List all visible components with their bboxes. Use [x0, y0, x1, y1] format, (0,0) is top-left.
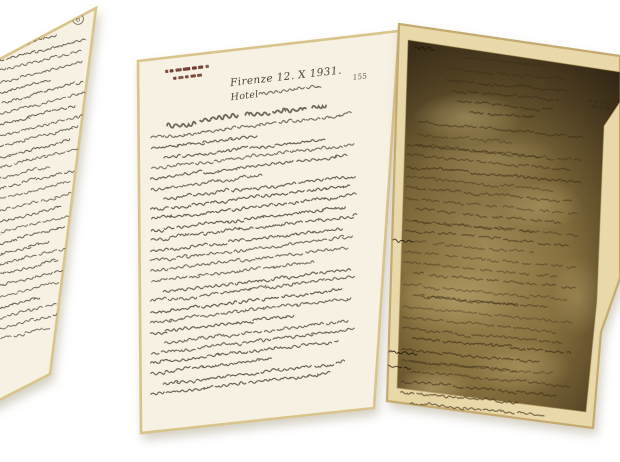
handwriting-line [396, 433, 424, 440]
stamp-dash [165, 70, 168, 74]
stamp-dash [198, 65, 204, 69]
middle-letter-paper [138, 31, 399, 433]
stamp-dash [192, 66, 197, 70]
letters-illustration: 6 Firenze 12. X 1931. Hotel 155 [0, 0, 620, 462]
page-number: 155 [352, 71, 368, 82]
stamp-dash [588, 99, 592, 102]
light-patch [420, 130, 560, 190]
stamp-dash [169, 69, 173, 73]
stamp-dash [197, 73, 202, 77]
scanned-letters-photo: 6 Firenze 12. X 1931. Hotel 155 [0, 0, 620, 462]
stamp-dash [178, 76, 184, 80]
light-patch [552, 256, 604, 336]
left-letter-page: 6 [0, 8, 96, 415]
stamp-dash [205, 65, 209, 69]
stamp-dash [173, 77, 177, 80]
stamp-dash [185, 75, 189, 78]
handwriting-line [446, 425, 561, 440]
right-photostat-page [387, 24, 620, 439]
middle-letter-page: Firenze 12. X 1931. Hotel 155 [138, 31, 399, 433]
stamp-dash [600, 101, 603, 104]
